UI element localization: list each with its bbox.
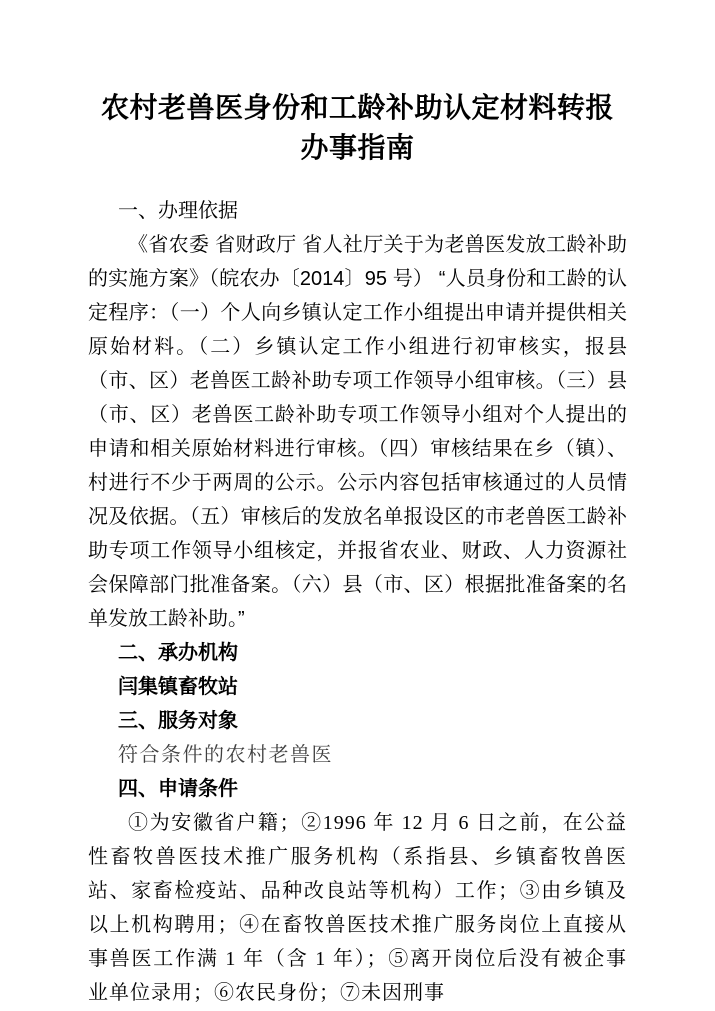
section-heading-audience: 三、服务对象	[88, 704, 627, 738]
section-heading-basis: 一、办理依据	[88, 194, 627, 228]
section-body-conditions: ①为安徽省户籍；②1996 年 12 月 6 日之前，在公益性畜牧兽医技术推广服…	[88, 806, 627, 1010]
section-body-audience: 符合条件的农村老兽医	[88, 738, 627, 772]
section-heading-conditions: 四、申请条件	[88, 772, 627, 806]
document-title-line1: 农村老兽医身份和工龄补助认定材料转报	[88, 88, 627, 128]
section-body-basis: 《省农委 省财政厅 省人社厅关于为老兽医发放工龄补助的实施方案》（皖农办〔201…	[88, 228, 627, 636]
section-heading-agency: 二、承办机构	[88, 636, 627, 670]
document-title: 农村老兽医身份和工龄补助认定材料转报 办事指南	[88, 88, 627, 168]
document-page: 农村老兽医身份和工龄补助认定材料转报 办事指南 一、办理依据 《省农委 省财政厅…	[0, 0, 715, 1011]
document-title-line2: 办事指南	[88, 128, 627, 168]
document-content: 农村老兽医身份和工龄补助认定材料转报 办事指南 一、办理依据 《省农委 省财政厅…	[0, 0, 715, 1010]
section-body-agency: 闫集镇畜牧站	[88, 670, 627, 704]
